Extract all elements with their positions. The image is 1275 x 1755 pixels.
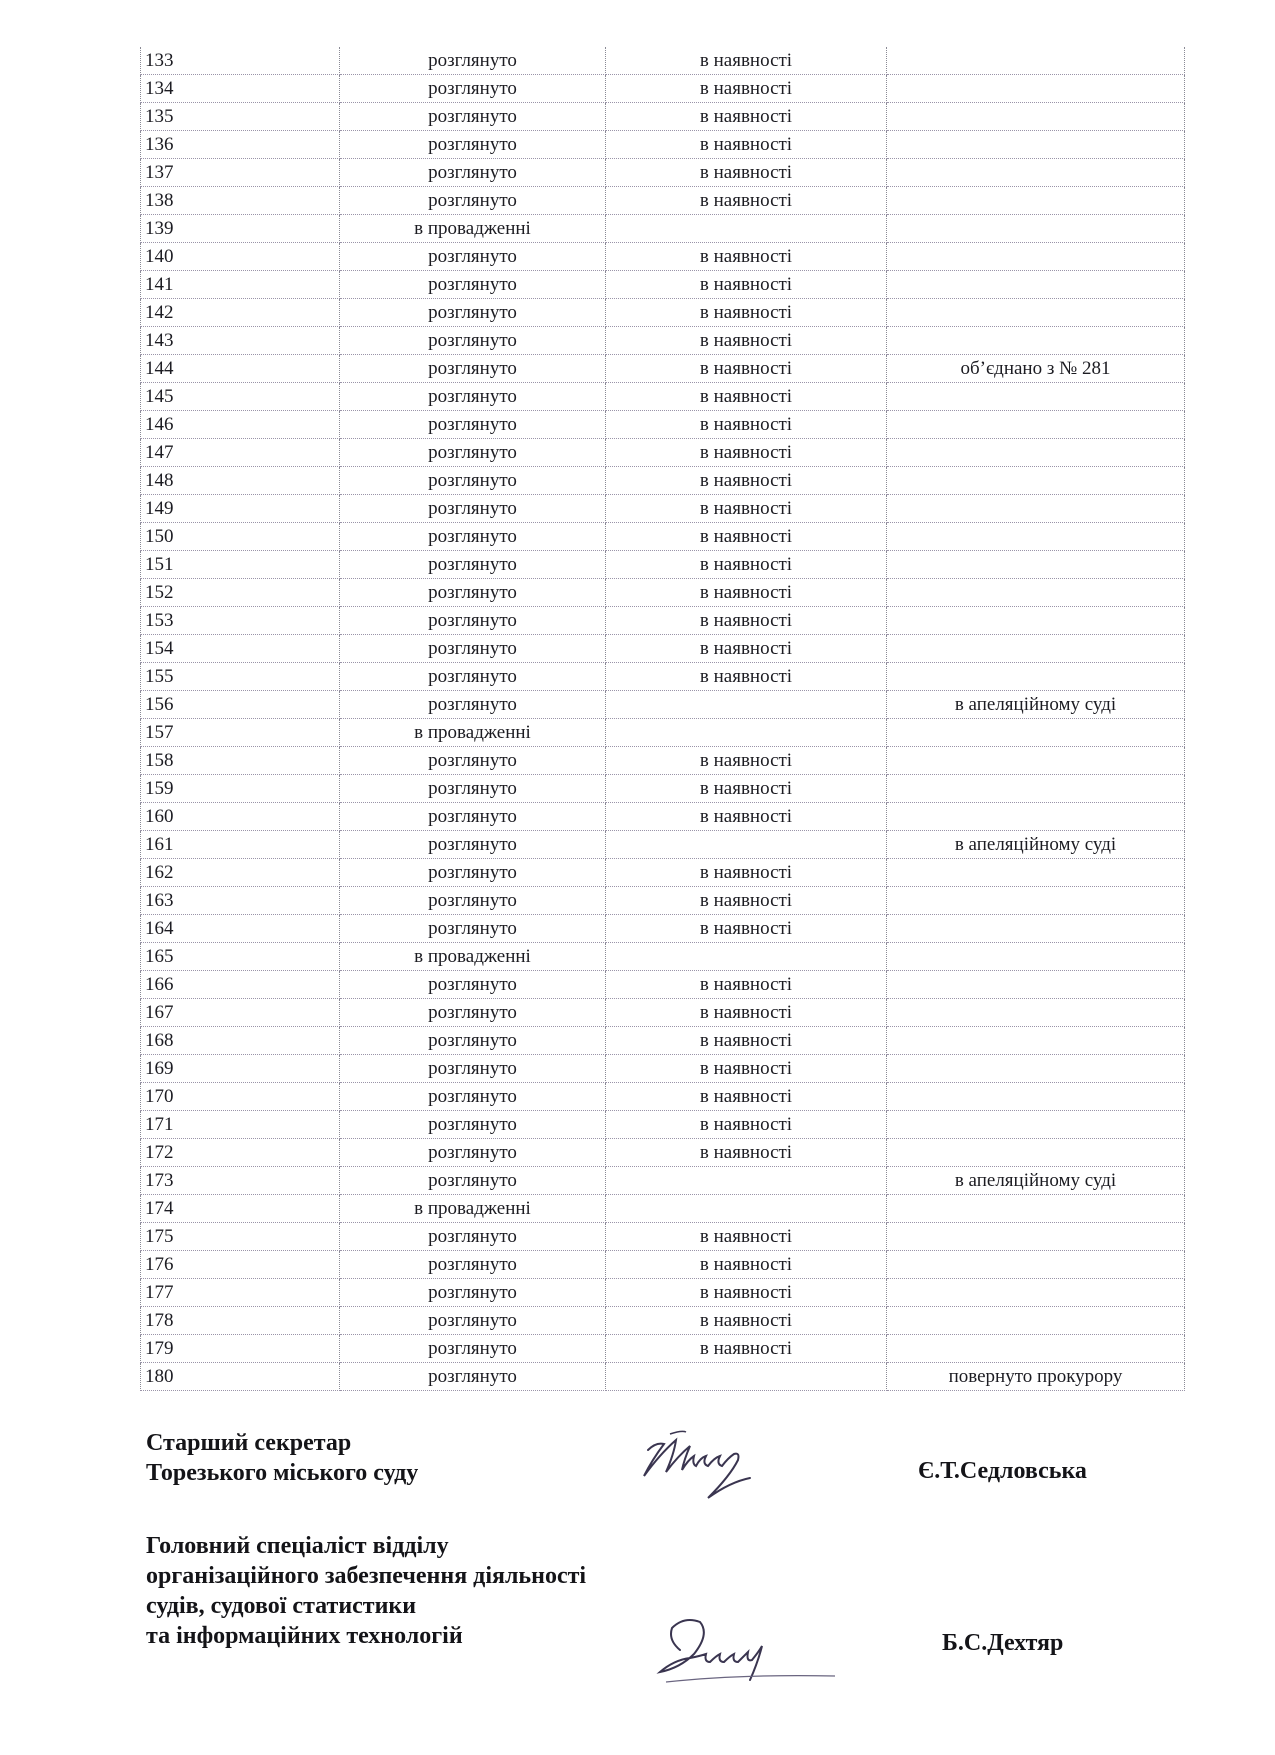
case-note-cell	[887, 439, 1185, 467]
case-status-cell: розглянуто	[340, 551, 606, 579]
table-row: 176розглянутов наявності	[141, 1251, 1185, 1279]
case-note-cell	[887, 775, 1185, 803]
case-note-cell	[887, 131, 1185, 159]
second-signatory-title: Головний спеціаліст відділу організаційн…	[146, 1531, 586, 1651]
table-row: 153розглянутов наявності	[141, 607, 1185, 635]
table-row: 158розглянутов наявності	[141, 747, 1185, 775]
table-row: 156розглянутов апеляційному суді	[141, 691, 1185, 719]
case-status-cell: розглянуто	[340, 495, 606, 523]
case-status-cell: в провадженні	[340, 215, 606, 243]
case-note-cell	[887, 1139, 1185, 1167]
case-status-cell: розглянуто	[340, 131, 606, 159]
case-note-cell	[887, 411, 1185, 439]
case-number-cell: 173	[141, 1167, 340, 1195]
case-number-cell: 151	[141, 551, 340, 579]
case-status-cell: в провадженні	[340, 943, 606, 971]
case-availability-cell	[606, 691, 887, 719]
case-note-cell	[887, 551, 1185, 579]
case-availability-cell: в наявності	[606, 355, 887, 383]
case-availability-cell: в наявності	[606, 551, 887, 579]
case-note-cell	[887, 859, 1185, 887]
case-note-cell	[887, 495, 1185, 523]
case-status-cell: розглянуто	[340, 1111, 606, 1139]
case-status-cell: розглянуто	[340, 1167, 606, 1195]
case-availability-cell: в наявності	[606, 187, 887, 215]
case-number-cell: 147	[141, 439, 340, 467]
title-line: та інформаційних технологій	[146, 1621, 586, 1651]
table-row: 143розглянутов наявності	[141, 327, 1185, 355]
table-row: 170розглянутов наявності	[141, 1083, 1185, 1111]
table-row: 140розглянутов наявності	[141, 243, 1185, 271]
case-availability-cell: в наявності	[606, 663, 887, 691]
case-status-cell: розглянуто	[340, 103, 606, 131]
case-availability-cell: в наявності	[606, 999, 887, 1027]
case-availability-cell: в наявності	[606, 467, 887, 495]
table-row: 166розглянутов наявності	[141, 971, 1185, 999]
case-note-cell: об’єднано з № 281	[887, 355, 1185, 383]
case-number-cell: 158	[141, 747, 340, 775]
table-row: 137розглянутов наявності	[141, 159, 1185, 187]
case-number-cell: 135	[141, 103, 340, 131]
case-availability-cell: в наявності	[606, 607, 887, 635]
table-row: 178розглянутов наявності	[141, 1307, 1185, 1335]
title-line: організаційного забезпечення діяльності	[146, 1561, 586, 1591]
case-status-cell: розглянуто	[340, 831, 606, 859]
case-note-cell	[887, 747, 1185, 775]
case-note-cell	[887, 467, 1185, 495]
case-status-cell: розглянуто	[340, 915, 606, 943]
case-availability-cell: в наявності	[606, 103, 887, 131]
case-number-cell: 177	[141, 1279, 340, 1307]
case-number-cell: 170	[141, 1083, 340, 1111]
case-status-cell: розглянуто	[340, 1139, 606, 1167]
title-line: Головний спеціаліст відділу	[146, 1531, 586, 1561]
case-note-cell	[887, 187, 1185, 215]
case-availability-cell: в наявності	[606, 915, 887, 943]
title-line: судів, судової статистики	[146, 1591, 586, 1621]
case-number-cell: 176	[141, 1251, 340, 1279]
case-number-cell: 165	[141, 943, 340, 971]
case-note-cell	[887, 1279, 1185, 1307]
table-row: 157в провадженні	[141, 719, 1185, 747]
case-status-cell: розглянуто	[340, 47, 606, 75]
case-note-cell	[887, 943, 1185, 971]
table-row: 135розглянутов наявності	[141, 103, 1185, 131]
table-row: 147розглянутов наявності	[141, 439, 1185, 467]
case-availability-cell: в наявності	[606, 1055, 887, 1083]
case-number-cell: 169	[141, 1055, 340, 1083]
case-note-cell	[887, 1083, 1185, 1111]
case-status-cell: розглянуто	[340, 299, 606, 327]
case-availability-cell: в наявності	[606, 1111, 887, 1139]
case-number-cell: 141	[141, 271, 340, 299]
case-note-cell	[887, 635, 1185, 663]
case-note-cell	[887, 1195, 1185, 1223]
case-availability-cell: в наявності	[606, 75, 887, 103]
table-row: 136розглянутов наявності	[141, 131, 1185, 159]
case-status-cell: розглянуто	[340, 971, 606, 999]
case-status-cell: розглянуто	[340, 1307, 606, 1335]
case-status-cell: розглянуто	[340, 579, 606, 607]
case-number-cell: 154	[141, 635, 340, 663]
table-row: 150розглянутов наявності	[141, 523, 1185, 551]
table-row: 173розглянутов апеляційному суді	[141, 1167, 1185, 1195]
table-row: 168розглянутов наявності	[141, 1027, 1185, 1055]
case-status-cell: розглянуто	[340, 383, 606, 411]
case-availability-cell	[606, 215, 887, 243]
case-number-cell: 153	[141, 607, 340, 635]
case-availability-cell	[606, 1167, 887, 1195]
case-note-cell	[887, 719, 1185, 747]
case-availability-cell: в наявності	[606, 1307, 887, 1335]
case-note-cell	[887, 383, 1185, 411]
case-status-cell: розглянуто	[340, 1363, 606, 1391]
case-number-cell: 167	[141, 999, 340, 1027]
case-status-cell: розглянуто	[340, 887, 606, 915]
case-status-cell: розглянуто	[340, 327, 606, 355]
case-note-cell	[887, 523, 1185, 551]
case-status-cell: розглянуто	[340, 1251, 606, 1279]
case-availability-cell: в наявності	[606, 299, 887, 327]
case-availability-cell: в наявності	[606, 775, 887, 803]
table-row: 180розглянутоповернуто прокурору	[141, 1363, 1185, 1391]
case-availability-cell: в наявності	[606, 747, 887, 775]
table-row: 133розглянутов наявності	[141, 47, 1185, 75]
case-number-cell: 155	[141, 663, 340, 691]
case-number-cell: 159	[141, 775, 340, 803]
case-availability-cell: в наявності	[606, 1335, 887, 1363]
case-availability-cell: в наявності	[606, 1279, 887, 1307]
case-note-cell	[887, 803, 1185, 831]
case-note-cell	[887, 103, 1185, 131]
case-availability-cell: в наявності	[606, 523, 887, 551]
case-note-cell	[887, 75, 1185, 103]
case-note-cell: повернуто прокурору	[887, 1363, 1185, 1391]
case-availability-cell: в наявності	[606, 439, 887, 467]
case-availability-cell: в наявності	[606, 159, 887, 187]
case-number-cell: 144	[141, 355, 340, 383]
case-number-cell: 134	[141, 75, 340, 103]
case-number-cell: 178	[141, 1307, 340, 1335]
second-signatory-name: Б.С.Дехтяр	[942, 1630, 1063, 1657]
table-row: 148розглянутов наявності	[141, 467, 1185, 495]
case-status-cell: розглянуто	[340, 159, 606, 187]
case-availability-cell: в наявності	[606, 495, 887, 523]
case-note-cell	[887, 271, 1185, 299]
table-row: 163розглянутов наявності	[141, 887, 1185, 915]
case-availability-cell: в наявності	[606, 803, 887, 831]
case-availability-cell: в наявності	[606, 971, 887, 999]
case-note-cell	[887, 1307, 1185, 1335]
case-number-cell: 171	[141, 1111, 340, 1139]
table-row: 169розглянутов наявності	[141, 1055, 1185, 1083]
case-number-cell: 146	[141, 411, 340, 439]
case-status-cell: розглянуто	[340, 75, 606, 103]
case-note-cell	[887, 215, 1185, 243]
case-number-cell: 160	[141, 803, 340, 831]
case-note-cell	[887, 1251, 1185, 1279]
case-number-cell: 168	[141, 1027, 340, 1055]
case-status-cell: розглянуто	[340, 747, 606, 775]
case-number-cell: 179	[141, 1335, 340, 1363]
handwritten-signature-icon	[630, 1420, 800, 1500]
table-row: 175розглянутов наявності	[141, 1223, 1185, 1251]
case-status-cell: розглянуто	[340, 355, 606, 383]
table-row: 159розглянутов наявності	[141, 775, 1185, 803]
case-number-cell: 137	[141, 159, 340, 187]
case-number-cell: 175	[141, 1223, 340, 1251]
case-availability-cell: в наявності	[606, 271, 887, 299]
table-row: 138розглянутов наявності	[141, 187, 1185, 215]
case-status-cell: розглянуто	[340, 411, 606, 439]
case-note-cell	[887, 663, 1185, 691]
case-status-cell: розглянуто	[340, 1279, 606, 1307]
case-number-cell: 172	[141, 1139, 340, 1167]
table-row: 149розглянутов наявності	[141, 495, 1185, 523]
table-row: 151розглянутов наявності	[141, 551, 1185, 579]
case-number-cell: 136	[141, 131, 340, 159]
case-number-cell: 148	[141, 467, 340, 495]
case-note-cell	[887, 299, 1185, 327]
case-availability-cell: в наявності	[606, 1139, 887, 1167]
case-number-cell: 166	[141, 971, 340, 999]
table-row: 141розглянутов наявності	[141, 271, 1185, 299]
table-row: 134розглянутов наявності	[141, 75, 1185, 103]
case-status-cell: розглянуто	[340, 663, 606, 691]
table-row: 162розглянутов наявності	[141, 859, 1185, 887]
case-number-cell: 164	[141, 915, 340, 943]
table-row: 161розглянутов апеляційному суді	[141, 831, 1185, 859]
table-row: 152розглянутов наявності	[141, 579, 1185, 607]
case-status-cell: розглянуто	[340, 467, 606, 495]
case-number-cell: 161	[141, 831, 340, 859]
case-status-cell: розглянуто	[340, 1335, 606, 1363]
case-note-cell	[887, 887, 1185, 915]
case-number-cell: 138	[141, 187, 340, 215]
case-number-cell: 149	[141, 495, 340, 523]
table-row: 142розглянутов наявності	[141, 299, 1185, 327]
case-availability-cell	[606, 943, 887, 971]
case-note-cell	[887, 915, 1185, 943]
case-availability-cell: в наявності	[606, 411, 887, 439]
case-availability-cell: в наявності	[606, 635, 887, 663]
case-status-cell: розглянуто	[340, 1223, 606, 1251]
case-availability-cell	[606, 1363, 887, 1391]
case-status-cell: розглянуто	[340, 187, 606, 215]
table-row: 179розглянутов наявності	[141, 1335, 1185, 1363]
case-availability-cell: в наявності	[606, 1223, 887, 1251]
case-status-cell: розглянуто	[340, 523, 606, 551]
case-status-cell: розглянуто	[340, 439, 606, 467]
case-availability-cell: в наявності	[606, 47, 887, 75]
case-note-cell	[887, 1111, 1185, 1139]
case-note-cell: в апеляційному суді	[887, 1167, 1185, 1195]
case-status-cell: розглянуто	[340, 1055, 606, 1083]
case-status-cell: розглянуто	[340, 859, 606, 887]
case-number-cell: 157	[141, 719, 340, 747]
case-number-cell: 152	[141, 579, 340, 607]
table-row: 154розглянутов наявності	[141, 635, 1185, 663]
first-signatory-title: Старший секретар Торезького міського суд…	[146, 1428, 418, 1488]
case-note-cell	[887, 579, 1185, 607]
case-availability-cell: в наявності	[606, 1083, 887, 1111]
table-row: 164розглянутов наявності	[141, 915, 1185, 943]
table-row: 167розглянутов наявності	[141, 999, 1185, 1027]
case-status-cell: розглянуто	[340, 635, 606, 663]
case-status-cell: в провадженні	[340, 719, 606, 747]
case-number-cell: 133	[141, 47, 340, 75]
case-note-cell	[887, 1335, 1185, 1363]
table-row: 165в провадженні	[141, 943, 1185, 971]
case-status-cell: розглянуто	[340, 271, 606, 299]
case-status-cell: розглянуто	[340, 607, 606, 635]
case-availability-cell: в наявності	[606, 327, 887, 355]
case-number-cell: 139	[141, 215, 340, 243]
table-row: 145розглянутов наявності	[141, 383, 1185, 411]
first-signatory-name: Є.Т.Седловська	[918, 1458, 1087, 1485]
cases-table-body: 133розглянутов наявності134розглянутов н…	[141, 47, 1185, 1391]
case-note-cell	[887, 327, 1185, 355]
case-note-cell	[887, 243, 1185, 271]
case-note-cell	[887, 607, 1185, 635]
table-row: 155розглянутов наявності	[141, 663, 1185, 691]
case-status-cell: розглянуто	[340, 999, 606, 1027]
table-row: 146розглянутов наявності	[141, 411, 1185, 439]
case-status-cell: розглянуто	[340, 1083, 606, 1111]
title-line: Старший секретар	[146, 1428, 418, 1458]
case-availability-cell: в наявності	[606, 887, 887, 915]
case-note-cell	[887, 999, 1185, 1027]
title-line: Торезького міського суду	[146, 1458, 418, 1488]
case-availability-cell	[606, 1195, 887, 1223]
table-row: 172розглянутов наявності	[141, 1139, 1185, 1167]
handwritten-signature-icon	[650, 1610, 840, 1690]
table-row: 160розглянутов наявності	[141, 803, 1185, 831]
case-status-cell: в провадженні	[340, 1195, 606, 1223]
case-status-cell: розглянуто	[340, 775, 606, 803]
case-status-cell: розглянуто	[340, 243, 606, 271]
case-note-cell	[887, 971, 1185, 999]
case-note-cell	[887, 1055, 1185, 1083]
case-availability-cell: в наявності	[606, 383, 887, 411]
case-availability-cell: в наявності	[606, 859, 887, 887]
case-note-cell	[887, 1223, 1185, 1251]
case-number-cell: 163	[141, 887, 340, 915]
case-availability-cell: в наявності	[606, 579, 887, 607]
case-number-cell: 140	[141, 243, 340, 271]
case-number-cell: 142	[141, 299, 340, 327]
case-number-cell: 156	[141, 691, 340, 719]
case-availability-cell: в наявності	[606, 1027, 887, 1055]
case-status-cell: розглянуто	[340, 691, 606, 719]
case-number-cell: 180	[141, 1363, 340, 1391]
table-row: 177розглянутов наявності	[141, 1279, 1185, 1307]
case-note-cell: в апеляційному суді	[887, 831, 1185, 859]
case-availability-cell	[606, 719, 887, 747]
table-row: 139в провадженні	[141, 215, 1185, 243]
table-row: 171розглянутов наявності	[141, 1111, 1185, 1139]
case-status-cell: розглянуто	[340, 1027, 606, 1055]
case-number-cell: 150	[141, 523, 340, 551]
case-status-cell: розглянуто	[340, 803, 606, 831]
case-number-cell: 143	[141, 327, 340, 355]
case-availability-cell: в наявності	[606, 131, 887, 159]
cases-table: 133розглянутов наявності134розглянутов н…	[140, 47, 1185, 1391]
case-number-cell: 174	[141, 1195, 340, 1223]
case-availability-cell: в наявності	[606, 243, 887, 271]
case-note-cell	[887, 47, 1185, 75]
case-note-cell: в апеляційному суді	[887, 691, 1185, 719]
case-availability-cell: в наявності	[606, 1251, 887, 1279]
table-row: 174в провадженні	[141, 1195, 1185, 1223]
table-row: 144розглянутов наявностіоб’єднано з № 28…	[141, 355, 1185, 383]
case-number-cell: 145	[141, 383, 340, 411]
case-note-cell	[887, 1027, 1185, 1055]
case-number-cell: 162	[141, 859, 340, 887]
case-note-cell	[887, 159, 1185, 187]
case-availability-cell	[606, 831, 887, 859]
